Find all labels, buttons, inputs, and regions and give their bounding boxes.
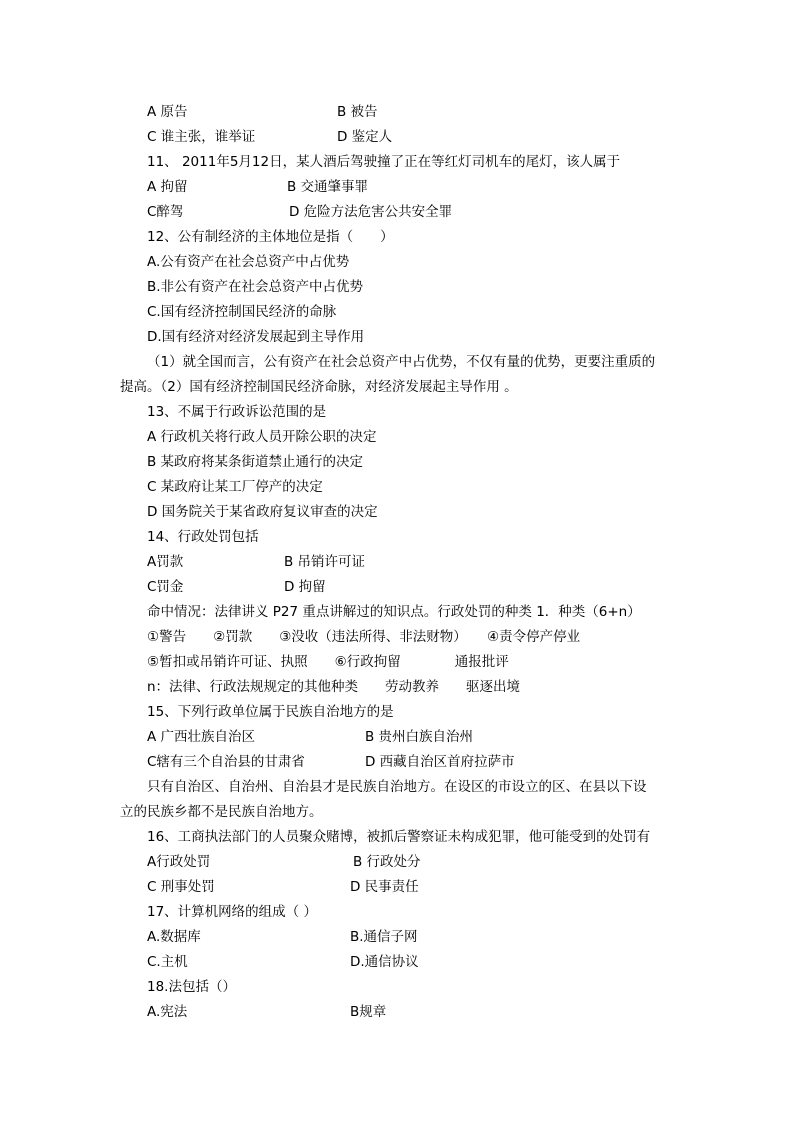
- option-left: C罚金: [147, 579, 183, 595]
- line-text: 命中情况：法律讲义 P27 重点讲解过的知识点。行政处罚的种类 1．种类（6+n…: [147, 604, 641, 620]
- line-text: A.公有资产在社会总资产中占优势: [147, 254, 349, 270]
- text-line: n：法律、行政法规规定的其他种类 劳动教养 驱逐出境: [147, 675, 520, 700]
- text-line: 17、计算机网络的组成（ ）: [147, 900, 317, 925]
- text-line: 12、公有制经济的主体地位是指（ ）: [147, 225, 394, 250]
- line-text: 只有自治区、自治州、自治县才是民族自治地方。在设区的市设立的区、在县以下设: [147, 779, 647, 795]
- option-right: B 行政处分: [353, 850, 421, 875]
- text-line: 11、 2011年5月12日，某人酒后驾驶撞了正在等红灯司机车的尾灯，该人属于: [147, 150, 620, 175]
- text-line: 18.法包括（）: [147, 975, 236, 1000]
- text-line: C.国有经济控制国民经济的命脉: [147, 300, 336, 325]
- text-line: C.主机D.通信协议: [147, 950, 188, 975]
- text-line: C醉驾D 危险方法危害公共安全罪: [147, 200, 183, 225]
- line-text: ⑤暂扣或吊销许可证、执照 ⑥行政拘留 通报批评: [147, 654, 509, 670]
- text-line: 14、行政处罚包括: [147, 525, 259, 550]
- line-text: 18.法包括（）: [147, 979, 236, 995]
- line-text: D.国有经济对经济发展起到主导作用: [147, 329, 364, 345]
- line-text: 17、计算机网络的组成（ ）: [147, 904, 317, 920]
- text-line: A 广西壮族自治区B 贵州白族自治州: [147, 725, 255, 750]
- line-text: 立的民族乡都不是民族自治地方。: [120, 804, 323, 820]
- line-text: C.国有经济控制国民经济的命脉: [147, 304, 336, 320]
- text-line: A 行政机关将行政人员开除公职的决定: [147, 425, 377, 450]
- text-line: 15、下列行政单位属于民族自治地方的是: [147, 700, 394, 725]
- text-line: 立的民族乡都不是民族自治地方。: [120, 800, 323, 825]
- line-text: n：法律、行政法规规定的其他种类 劳动教养 驱逐出境: [147, 679, 520, 695]
- option-left: C 刑事处罚: [147, 879, 215, 895]
- line-text: B 某政府将某条街道禁止通行的决定: [147, 454, 363, 470]
- option-right: B.通信子网: [350, 925, 418, 950]
- text-line: A 拘留B 交通肇事罪: [147, 175, 188, 200]
- option-right: D 西藏自治区首府拉萨市: [365, 750, 515, 775]
- text-line: A.宪法B规章: [147, 1000, 187, 1025]
- line-text: C 某政府让某工厂停产的决定: [147, 479, 323, 495]
- option-right: D 鉴定人: [337, 125, 392, 150]
- line-text: 13、不属于行政诉讼范围的是: [147, 404, 326, 420]
- text-line: 只有自治区、自治州、自治县才是民族自治地方。在设区的市设立的区、在县以下设: [147, 775, 647, 800]
- option-left: C 谁主张，谁举证: [147, 129, 255, 145]
- text-line: D.国有经济对经济发展起到主导作用: [147, 325, 364, 350]
- option-left: C醉驾: [147, 204, 183, 220]
- option-left: C.主机: [147, 954, 188, 970]
- text-line: A罚款B 吊销许可证: [147, 550, 183, 575]
- option-left: A.宪法: [147, 1004, 187, 1020]
- text-line: （1）就全国而言，公有资产在社会总资产中占优势，不仅有量的优势，更要注重质的: [147, 350, 655, 375]
- text-line: 提高。（2）国有经济控制国民经济命脉，对经济发展起主导作用 。: [120, 375, 518, 400]
- document-page: A 原告B 被告C 谁主张，谁举证D 鉴定人11、 2011年5月12日，某人酒…: [0, 0, 794, 1123]
- text-line: D 国务院关于某省政府复议审查的决定: [147, 500, 378, 525]
- text-line: C辖有三个自治县的甘肃省D 西藏自治区首府拉萨市: [147, 750, 305, 775]
- text-line: A行政处罚B 行政处分: [147, 850, 210, 875]
- text-line: ①警告 ②罚款 ③没收（违法所得、非法财物） ④责令停产停业: [147, 625, 580, 650]
- option-right: D.通信协议: [350, 950, 419, 975]
- option-right: B规章: [350, 1000, 386, 1025]
- option-right: D 拘留: [284, 575, 326, 600]
- text-line: C 刑事处罚D 民事责任: [147, 875, 215, 900]
- text-line: 16、工商执法部门的人员聚众赌博，被抓后警察证未构成犯罪，他可能受到的处罚有: [147, 825, 650, 850]
- text-line: A.公有资产在社会总资产中占优势: [147, 250, 349, 275]
- text-line: 13、不属于行政诉讼范围的是: [147, 400, 326, 425]
- line-text: 14、行政处罚包括: [147, 529, 259, 545]
- option-left: A 原告: [147, 104, 188, 120]
- line-text: 12、公有制经济的主体地位是指（ ）: [147, 229, 394, 245]
- text-line: C 某政府让某工厂停产的决定: [147, 475, 323, 500]
- line-text: 11、 2011年5月12日，某人酒后驾驶撞了正在等红灯司机车的尾灯，该人属于: [147, 154, 620, 170]
- option-right: D 民事责任: [350, 875, 419, 900]
- line-text: A 行政机关将行政人员开除公职的决定: [147, 429, 377, 445]
- line-text: 16、工商执法部门的人员聚众赌博，被抓后警察证未构成犯罪，他可能受到的处罚有: [147, 829, 650, 845]
- text-line: B.非公有资产在社会总资产中占优势: [147, 275, 363, 300]
- text-line: C 谁主张，谁举证D 鉴定人: [147, 125, 255, 150]
- option-right: B 交通肇事罪: [287, 175, 368, 200]
- option-right: B 贵州白族自治州: [365, 725, 473, 750]
- line-text: B.非公有资产在社会总资产中占优势: [147, 279, 363, 295]
- text-line: ⑤暂扣或吊销许可证、执照 ⑥行政拘留 通报批评: [147, 650, 509, 675]
- line-text: （1）就全国而言，公有资产在社会总资产中占优势，不仅有量的优势，更要注重质的: [147, 354, 655, 370]
- text-line: A.数据库B.通信子网: [147, 925, 201, 950]
- text-line: C罚金D 拘留: [147, 575, 183, 600]
- option-left: A行政处罚: [147, 854, 210, 870]
- option-left: A 拘留: [147, 179, 188, 195]
- text-line: B 某政府将某条街道禁止通行的决定: [147, 450, 363, 475]
- text-line: A 原告B 被告: [147, 100, 188, 125]
- line-text: D 国务院关于某省政府复议审查的决定: [147, 504, 378, 520]
- option-right: D 危险方法危害公共安全罪: [289, 200, 452, 225]
- option-right: B 吊销许可证: [284, 550, 365, 575]
- line-text: 提高。（2）国有经济控制国民经济命脉，对经济发展起主导作用 。: [120, 379, 518, 395]
- line-text: ①警告 ②罚款 ③没收（违法所得、非法财物） ④责令停产停业: [147, 629, 580, 645]
- text-line: 命中情况：法律讲义 P27 重点讲解过的知识点。行政处罚的种类 1．种类（6+n…: [147, 600, 641, 625]
- line-text: 15、下列行政单位属于民族自治地方的是: [147, 704, 394, 720]
- option-right: B 被告: [337, 100, 378, 125]
- option-left: A.数据库: [147, 929, 201, 945]
- option-left: A 广西壮族自治区: [147, 729, 255, 745]
- option-left: A罚款: [147, 554, 183, 570]
- option-left: C辖有三个自治县的甘肃省: [147, 754, 305, 770]
